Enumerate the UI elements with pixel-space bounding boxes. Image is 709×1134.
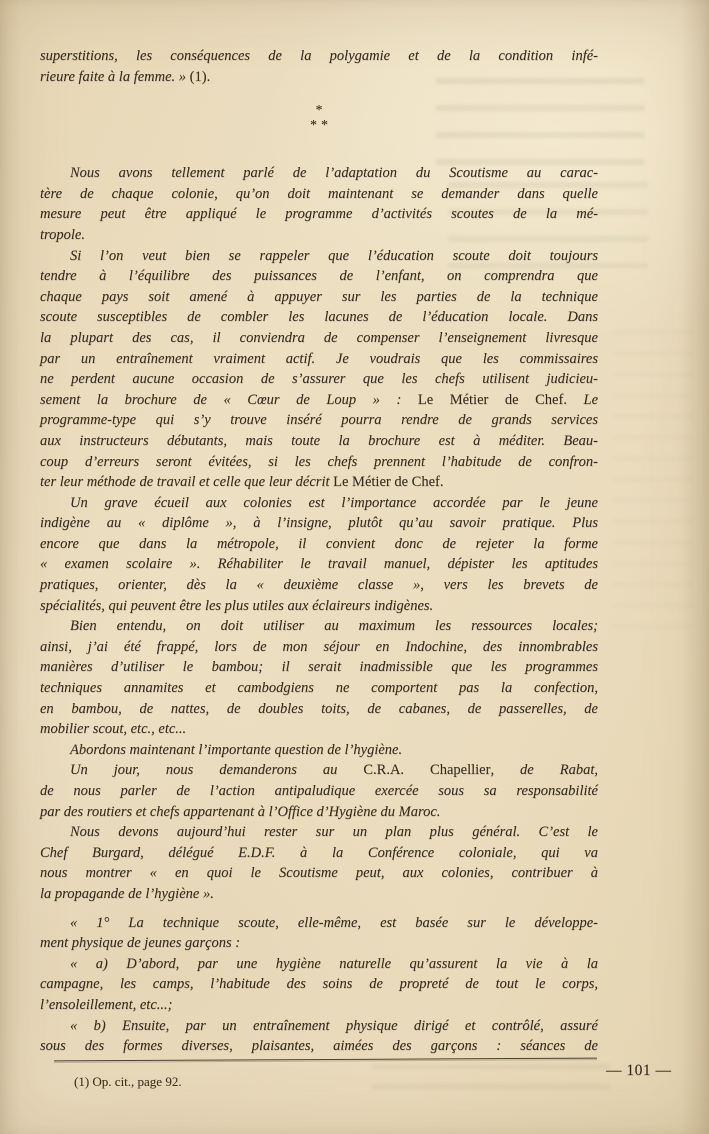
text-line: ment physique de jeunes garçons : [40, 933, 598, 954]
text-line: pratiques, orienter, dès la « deuxième c… [40, 575, 598, 596]
paragraph: Si l’on veut bien se rappeler que l’éduc… [40, 246, 598, 493]
text-line: ainsi, j’ai été frappé, lors de mon séjo… [40, 637, 598, 658]
text-line: programme-type qui s’y trouve inséré pou… [40, 410, 598, 431]
italic-text-segment: campagne, les camps, l’habitude des soin… [40, 976, 598, 992]
italic-text-segment: Un grave écueil aux colonies est l’impor… [70, 495, 598, 511]
italic-text-segment: mesure peut être appliqué le programme d… [40, 206, 598, 222]
roman-text-segment: Le Métier de Chef. [418, 392, 567, 408]
italic-text-segment: ment physique de jeunes garçons : [40, 935, 240, 951]
text-line: mobilier scout, etc., etc... [40, 719, 598, 740]
italic-text-segment: scoute susceptibles de combler les lacun… [40, 309, 598, 325]
italic-text-segment: Nous devons aujourd’hui rester sur un pl… [70, 824, 598, 840]
text-block: superstitions, les conséquences de la po… [40, 46, 598, 1057]
ink-bleedthrough-artifact [372, 1064, 610, 1104]
italic-text-segment: l’ensoleillement, etc...; [40, 997, 172, 1013]
text-line: chaque pays soit amené à appuyer sur les… [40, 287, 598, 308]
scanned-page: superstitions, les conséquences de la po… [0, 0, 709, 1134]
italic-text-segment: rieure faite à la femme. » [40, 69, 190, 85]
text-line: encore que dans la métropole, il convien… [40, 534, 598, 555]
italic-text-segment: superstitions, les conséquences de la po… [40, 48, 598, 64]
italic-text-segment: de nous parler de l’action antipaludique… [40, 783, 598, 799]
text-line: techniques annamites et cambodgiens ne c… [40, 678, 598, 699]
italic-text-segment: tropole. [40, 227, 85, 243]
roman-text-segment: (1). [190, 69, 211, 85]
text-line: mesure peut être appliqué le programme d… [40, 204, 598, 225]
text-line: Abordons maintenant l’importante questio… [40, 740, 598, 761]
text-line: coup d’erreurs seront évitées, si les ch… [40, 452, 598, 473]
text-line: Nous avons tellement parlé de l’adaptati… [40, 163, 598, 184]
ink-bleedthrough-artifact [612, 330, 692, 630]
asterisk-bottom: ** [40, 118, 598, 133]
italic-text-segment: , de Rabat, [490, 762, 598, 778]
italic-text-segment: « 1° La technique scoute, elle-même, est… [70, 915, 598, 931]
italic-text-segment: nous montrer « en quoi le Scoutisme peut… [40, 865, 598, 881]
italic-text-segment: tère de chaque colonie, qu’on doit maint… [40, 186, 598, 202]
paragraph: Nous avons tellement parlé de l’adaptati… [40, 163, 598, 245]
text-line: rieure faite à la femme. » (1). [40, 67, 598, 88]
paragraph: « a) D’abord, par une hygiène naturelle … [40, 954, 598, 1016]
footnote-rule [54, 1058, 597, 1062]
italic-text-segment: Bien entendu, on doit utiliser au maximu… [70, 618, 598, 634]
italic-text-segment: chaque pays soit amené à appuyer sur les… [40, 289, 598, 305]
paragraph: « 1° La technique scoute, elle-même, est… [40, 913, 598, 954]
text-line: Nous devons aujourd’hui rester sur un pl… [40, 822, 598, 843]
text-line: sement la brochure de « Cœur de Loup » :… [40, 390, 598, 411]
asterisk-section-separator: *** [40, 103, 598, 133]
text-line: Bien entendu, on doit utiliser au maximu… [40, 616, 598, 637]
text-line: tère de chaque colonie, qu’on doit maint… [40, 184, 598, 205]
italic-text-segment: spécialités, qui peuvent être les plus u… [40, 598, 433, 614]
paragraph: Nous devons aujourd’hui rester sur un pl… [40, 822, 598, 904]
paragraph: Bien entendu, on doit utiliser au maximu… [40, 616, 598, 740]
italic-text-segment: ainsi, j’ai été frappé, lors de mon séjo… [40, 639, 598, 655]
italic-text-segment: ter leur méthode de travail et celle que… [40, 474, 333, 490]
text-line: en bambou, de nattes, de doubles toits, … [40, 699, 598, 720]
roman-text-segment: C.R.A. Chapellier [363, 762, 490, 778]
italic-text-segment: « examen scolaire ». Réhabiliter le trav… [40, 556, 598, 572]
italic-text-segment: Le [567, 392, 598, 408]
text-line: tropole. [40, 225, 598, 246]
page-number: — 101 — [606, 1062, 672, 1080]
italic-text-segment: par un entraînement vraiment actif. Je v… [40, 351, 598, 367]
text-line: ne perdent aucune occasion de s’assurer … [40, 369, 598, 390]
italic-text-segment: par des routiers et chefs appartenant à … [40, 804, 440, 820]
text-line: spécialités, qui peuvent être les plus u… [40, 596, 598, 617]
text-line: la propagande de l’hygiène ». [40, 884, 598, 905]
italic-text-segment: sement la brochure de « Cœur de Loup » : [40, 392, 418, 408]
text-line: nous montrer « en quoi le Scoutisme peut… [40, 863, 598, 884]
text-line: sous des formes diverses, plaisantes, ai… [40, 1036, 598, 1057]
italic-text-segment: en bambou, de nattes, de doubles toits, … [40, 701, 598, 717]
text-line: Si l’on veut bien se rappeler que l’éduc… [40, 246, 598, 267]
italic-text-segment: techniques annamites et cambodgiens ne c… [40, 680, 598, 696]
text-line: tendre à l’équilibre des puissances de l… [40, 266, 598, 287]
text-line: campagne, les camps, l’habitude des soin… [40, 974, 598, 995]
text-line: l’ensoleillement, etc...; [40, 995, 598, 1016]
paragraph: « b) Ensuite, par un entraînement physiq… [40, 1016, 598, 1057]
italic-text-segment: Abordons maintenant l’importante questio… [70, 742, 402, 758]
paragraph: Un jour, nous demanderons au C.R.A. Chap… [40, 760, 598, 822]
text-line: par un entraînement vraiment actif. Je v… [40, 349, 598, 370]
italic-text-segment: mobilier scout, etc., etc... [40, 721, 186, 737]
italic-text-segment: la plupart des cas, il conviendra de com… [40, 330, 598, 346]
italic-text-segment: Un jour, nous demanderons au [70, 762, 363, 778]
italic-text-segment: coup d’erreurs seront évitées, si les ch… [40, 454, 598, 470]
italic-text-segment: Nous avons tellement parlé de l’adaptati… [70, 165, 598, 181]
text-line: indigène au « diplôme », à l’insigne, pl… [40, 513, 598, 534]
text-line: scoute susceptibles de combler les lacun… [40, 307, 598, 328]
italic-text-segment: manières d’utiliser le bambou; il serait… [40, 659, 598, 675]
italic-text-segment: Si l’on veut bien se rappeler que l’éduc… [70, 248, 598, 264]
paragraph: Abordons maintenant l’importante questio… [40, 740, 598, 761]
italic-text-segment: ne perdent aucune occasion de s’assurer … [40, 371, 598, 387]
text-line: Chef Burgard, délégué E.D.F. à la Confér… [40, 843, 598, 864]
text-line: la plupart des cas, il conviendra de com… [40, 328, 598, 349]
roman-text-segment: Le Métier de Chef. [333, 474, 443, 490]
italic-text-segment: Chef Burgard, délégué E.D.F. à la Confér… [40, 845, 598, 861]
text-line: « examen scolaire ». Réhabiliter le trav… [40, 554, 598, 575]
text-line: manières d’utiliser le bambou; il serait… [40, 657, 598, 678]
italic-text-segment: la propagande de l’hygiène ». [40, 886, 214, 902]
italic-text-segment: aux instructeurs débutants, mais toute l… [40, 433, 598, 449]
text-line: « 1° La technique scoute, elle-même, est… [40, 913, 598, 934]
asterisk-top: * [40, 103, 598, 118]
italic-text-segment: pratiques, orienter, dès la « deuxième c… [40, 577, 598, 593]
paragraph: superstitions, les conséquences de la po… [40, 46, 598, 87]
paragraph: Un grave écueil aux colonies est l’impor… [40, 493, 598, 617]
italic-text-segment: « a) D’abord, par une hygiène naturelle … [70, 956, 598, 972]
text-line: Un grave écueil aux colonies est l’impor… [40, 493, 598, 514]
italic-text-segment: programme-type qui s’y trouve inséré pou… [40, 412, 598, 428]
text-line: par des routiers et chefs appartenant à … [40, 802, 598, 823]
italic-text-segment: encore que dans la métropole, il convien… [40, 536, 598, 552]
text-line: ter leur méthode de travail et celle que… [40, 472, 598, 493]
footnote: (1) Op. cit., page 92. [74, 1074, 182, 1090]
text-line: aux instructeurs débutants, mais toute l… [40, 431, 598, 452]
italic-text-segment: sous des formes diverses, plaisantes, ai… [40, 1038, 598, 1054]
text-line: superstitions, les conséquences de la po… [40, 46, 598, 67]
text-line: « b) Ensuite, par un entraînement physiq… [40, 1016, 598, 1037]
text-line: « a) D’abord, par une hygiène naturelle … [40, 954, 598, 975]
text-line: Un jour, nous demanderons au C.R.A. Chap… [40, 760, 598, 781]
italic-text-segment: tendre à l’équilibre des puissances de l… [40, 268, 598, 284]
italic-text-segment: « b) Ensuite, par un entraînement physiq… [70, 1018, 598, 1034]
text-line: de nous parler de l’action antipaludique… [40, 781, 598, 802]
italic-text-segment: indigène au « diplôme », à l’insigne, pl… [40, 515, 598, 531]
